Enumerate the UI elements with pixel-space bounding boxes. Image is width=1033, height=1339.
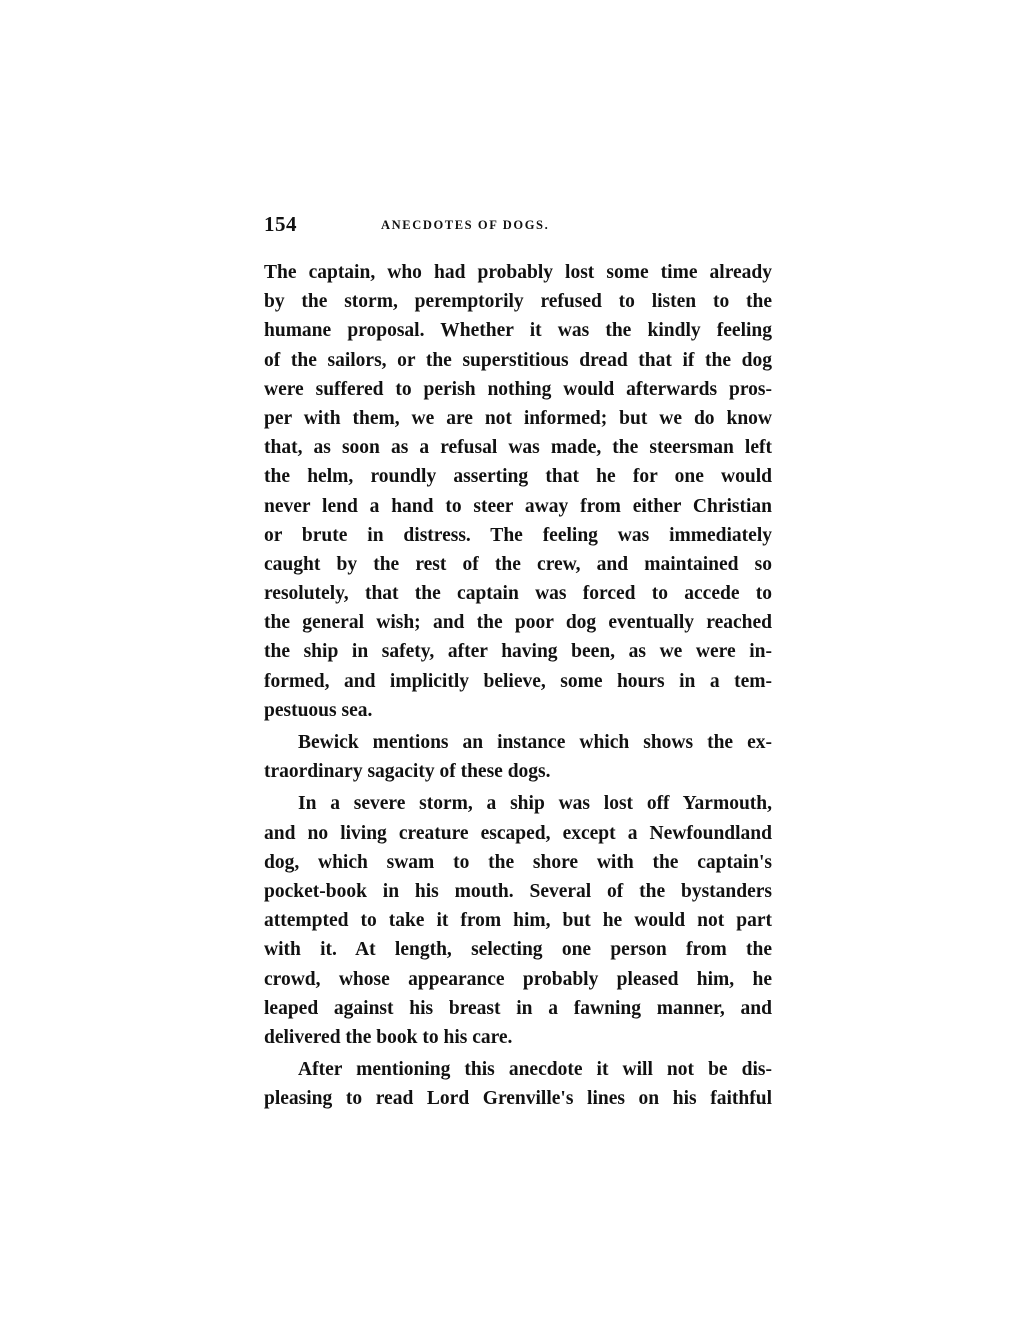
text-line: or brute in distress. The feeling was im…	[264, 521, 772, 550]
running-head: 154 ANECDOTES OF DOGS.	[264, 212, 774, 240]
text-line: were suffered to perish nothing would af…	[264, 375, 772, 404]
text-line: pleasing to read Lord Grenville's lines …	[264, 1084, 772, 1113]
text-line: leaped against his breast in a fawning m…	[264, 994, 772, 1023]
text-line: never lend a hand to steer away from eit…	[264, 492, 772, 521]
text-line: After mentioning this anecdote it will n…	[264, 1055, 772, 1084]
text-line: of the sailors, or the superstitious dre…	[264, 346, 772, 375]
text-line: crowd, whose appearance probably pleased…	[264, 965, 772, 994]
text-line: the ship in safety, after having been, a…	[264, 637, 772, 666]
text-line: pocket-book in his mouth. Several of the…	[264, 877, 772, 906]
text-line: pestuous sea.	[264, 696, 772, 725]
text-line: formed, and implicitly believe, some hou…	[264, 667, 772, 696]
text-line: resolutely, that the captain was forced …	[264, 579, 772, 608]
text-line: the general wish; and the poor dog event…	[264, 608, 772, 637]
text-line: traordinary sagacity of these dogs.	[264, 757, 772, 786]
text-line: per with them, we are not informed; but …	[264, 404, 772, 433]
body-text: The captain, who had probably lost some …	[264, 258, 772, 1113]
paragraph-2: Bewick mentions an instance which shows …	[264, 728, 772, 786]
text-line: by the storm, peremptorily refused to li…	[264, 287, 772, 316]
text-line: In a severe storm, a ship was lost off Y…	[264, 789, 772, 818]
book-page: 154 ANECDOTES OF DOGS. The captain, who …	[0, 0, 1033, 1339]
text-line: with it. At length, selecting one person…	[264, 935, 772, 964]
running-head-title: ANECDOTES OF DOGS.	[381, 218, 549, 233]
text-line: caught by the rest of the crew, and main…	[264, 550, 772, 579]
text-line: attempted to take it from him, but he wo…	[264, 906, 772, 935]
text-line: humane proposal. Whether it was the kind…	[264, 316, 772, 345]
text-line: The captain, who had probably lost some …	[264, 258, 772, 287]
paragraph-3: In a severe storm, a ship was lost off Y…	[264, 789, 772, 1052]
paragraph-1: The captain, who had probably lost some …	[264, 258, 772, 725]
text-line: that, as soon as a refusal was made, the…	[264, 433, 772, 462]
text-line: dog, which swam to the shore with the ca…	[264, 848, 772, 877]
text-line: the helm, roundly asserting that he for …	[264, 462, 772, 491]
text-line: and no living creature escaped, except a…	[264, 819, 772, 848]
text-line: Bewick mentions an instance which shows …	[264, 728, 772, 757]
paragraph-4: After mentioning this anecdote it will n…	[264, 1055, 772, 1113]
page-number: 154	[264, 212, 297, 237]
text-line: delivered the book to his care.	[264, 1023, 772, 1052]
